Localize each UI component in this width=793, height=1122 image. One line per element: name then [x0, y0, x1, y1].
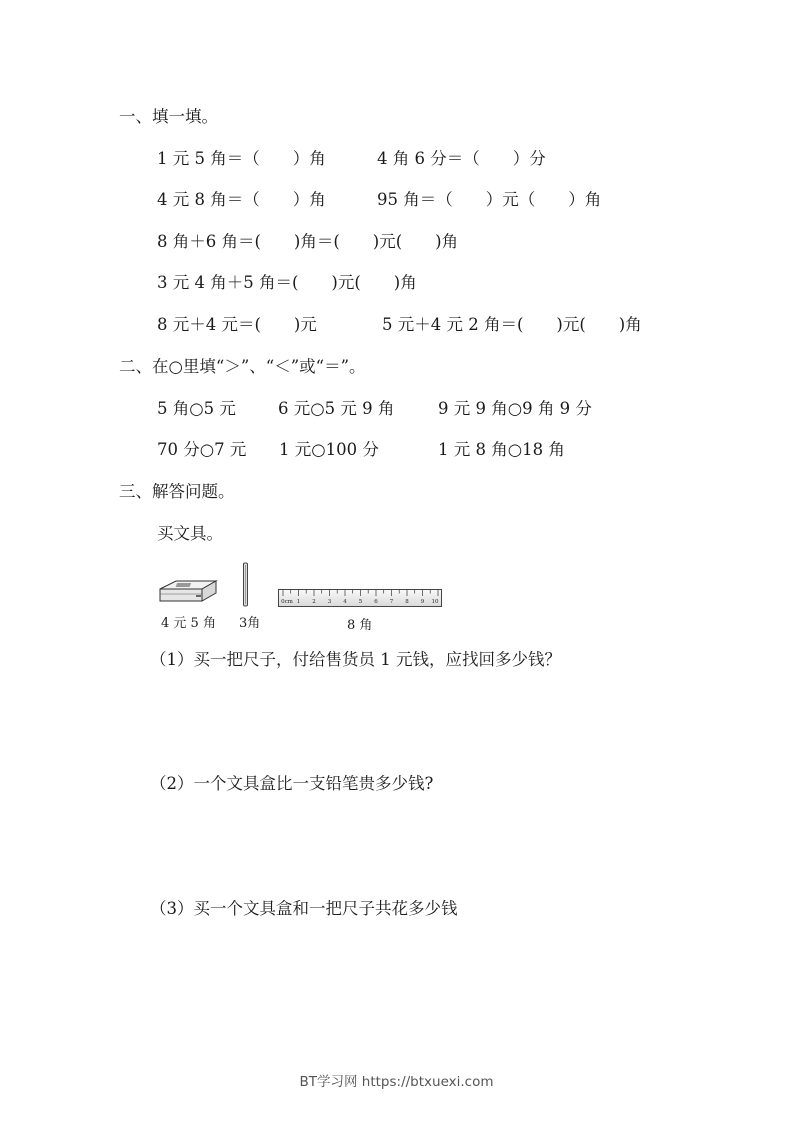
compare-item: 1 元 8 角○18 角	[438, 440, 565, 460]
svg-text:3: 3	[328, 599, 332, 605]
svg-text:10: 10	[432, 599, 439, 605]
footer-watermark: BT学习网 https://btxuexi.com	[0, 1070, 793, 1090]
pencil-box-image	[158, 575, 218, 609]
ruler-image: 0cm 1 2 3 4 5 6 7 8 9 10	[278, 589, 442, 611]
section-3-intro: 买文具。	[157, 524, 223, 544]
fill-item: 4 元 8 角＝（ ）角	[157, 190, 326, 210]
section-1-title: 一、填一填。	[119, 107, 218, 127]
ruler-label: 0cm	[281, 599, 294, 605]
compare-item: 5 角○5 元	[157, 399, 236, 419]
compare-item: 6 元○5 元 9 角	[278, 399, 394, 419]
svg-text:8: 8	[405, 599, 409, 605]
svg-text:4: 4	[343, 599, 347, 605]
compare-item: 9 元 9 角○9 角 9 分	[438, 399, 592, 419]
svg-text:6: 6	[374, 599, 378, 605]
ruler-price: 8 角	[347, 614, 372, 633]
question-1: （1）买一把尺子，付给售货员 1 元钱，应找回多少钱？	[150, 650, 561, 670]
section-3-title: 三、解答问题。	[119, 482, 235, 502]
compare-item: 70 分○7 元	[157, 440, 246, 460]
fill-item: 4 角 6 分＝（ ）分	[377, 149, 546, 169]
fill-item: 5 元＋4 元 2 角＝( )元( )角	[382, 315, 642, 335]
svg-text:1: 1	[297, 599, 301, 605]
question-3: （3）买一个文具盒和一把尺子共花多少钱	[150, 899, 458, 919]
svg-text:7: 7	[390, 599, 394, 605]
pencil-box-price: 4 元 5 角	[161, 612, 216, 631]
fill-item: 95 角＝（ ）元（ ）角	[377, 190, 601, 210]
question-2: （2）一个文具盒比一支铅笔贵多少钱?	[150, 774, 433, 794]
svg-text:5: 5	[359, 599, 363, 605]
fill-item: 1 元 5 角＝（ ）角	[157, 149, 326, 169]
fill-item: 8 元＋4 元＝( )元	[157, 315, 317, 335]
fill-item: 8 角＋6 角＝( )角＝( )元( )角	[157, 232, 458, 252]
svg-text:9: 9	[421, 599, 425, 605]
fill-item: 3 元 4 角＋5 角＝( )元( )角	[157, 273, 417, 293]
compare-item: 1 元○100 分	[279, 440, 379, 460]
svg-text:2: 2	[312, 599, 316, 605]
section-2-title: 二、在○里填“＞”、“＜”或“＝”。	[119, 357, 366, 377]
pencil-price: 3角	[239, 612, 260, 631]
pencil-image	[242, 562, 250, 612]
